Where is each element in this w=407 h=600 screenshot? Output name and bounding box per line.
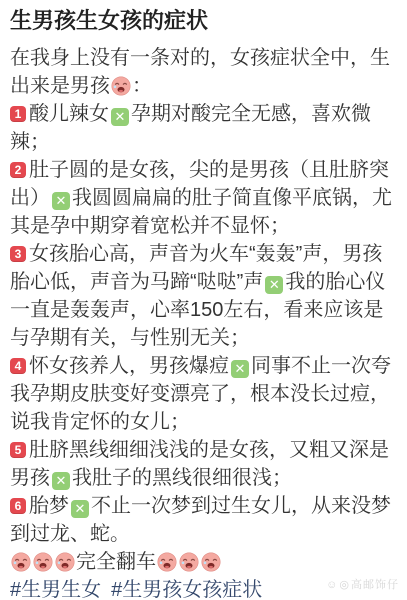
post-intro: 在我身上没有一条对的，女孩症状全中，生出来是男孩：: [10, 44, 397, 100]
cross-mark-icon: [111, 108, 129, 126]
symptom-item-1: 1酸儿辣女孕期对酸完全无感，喜欢微辣；: [10, 100, 397, 156]
watermark: ☺◎高邮饰仔: [326, 576, 399, 592]
crying-face-icon: [33, 552, 53, 572]
symptom-item-4: 4怀女孩养人，男孩爆痘同事不止一次夸我孕期皮肤变好变漂亮了，根本没长过痘，说我肯…: [10, 352, 397, 436]
crying-face-icon: [157, 552, 177, 572]
number-2-badge-icon: 2: [10, 162, 26, 178]
cross-mark-icon: [71, 500, 89, 518]
crying-face-icon: [11, 552, 31, 572]
symptom-claim: 怀女孩养人，男孩爆痘: [29, 355, 229, 377]
symptom-item-6: 6胎梦不止一次梦到过生女儿，从来没梦到过龙、蛇。: [10, 492, 397, 548]
intro-colon: ：: [132, 75, 152, 97]
symptom-claim: 酸儿辣女: [29, 103, 109, 125]
cross-mark-icon: [231, 360, 249, 378]
intro-text: 在我身上没有一条对的，女孩症状全中，生出来是男孩: [10, 47, 390, 97]
number-3-badge-icon: 3: [10, 246, 26, 262]
conclusion-line: 完全翻车: [10, 548, 397, 576]
hashtag-link[interactable]: #生男生女: [10, 579, 101, 600]
smiley-icon: ☺: [326, 579, 338, 591]
post-title: 生男孩生女孩的症状: [10, 6, 397, 36]
symptom-item-3: 3女孩胎心高，声音为火车“轰轰”声，男孩胎心低，声音为马蹄“哒哒”声我的胎心仪一…: [10, 240, 397, 352]
crying-face-icon: [179, 552, 199, 572]
cross-mark-icon: [52, 472, 70, 490]
cross-mark-icon: [265, 276, 283, 294]
symptom-claim: 胎梦: [29, 495, 69, 517]
number-4-badge-icon: 4: [10, 358, 26, 374]
conclusion-text: 完全翻车: [76, 551, 156, 573]
number-6-badge-icon: 6: [10, 498, 26, 514]
crying-face-icon: [55, 552, 75, 572]
symptom-item-5: 5肚脐黑线细细浅浅的是女孩，又粗又深是男孩我肚子的黑线很细很浅；: [10, 436, 397, 492]
watermark-username: 高邮饰仔: [351, 579, 399, 591]
cross-mark-icon: [52, 192, 70, 210]
hashtag-link[interactable]: #生男孩女孩症状: [111, 579, 262, 600]
post-body: 生男孩生女孩的症状 在我身上没有一条对的，女孩症状全中，生出来是男孩： 1酸儿辣…: [0, 0, 407, 600]
number-5-badge-icon: 5: [10, 442, 26, 458]
symptom-item-2: 2肚子圆的是女孩，尖的是男孩（且肚脐突出）我圆圆扁扁的肚子简直像平底锅，尤其是孕…: [10, 156, 397, 240]
symptom-reality: 我肚子的黑线很细很浅；: [72, 467, 292, 489]
crying-face-icon: [111, 76, 131, 96]
at-circle-icon: ◎: [339, 579, 350, 591]
number-1-badge-icon: 1: [10, 106, 26, 122]
crying-face-icon: [201, 552, 221, 572]
